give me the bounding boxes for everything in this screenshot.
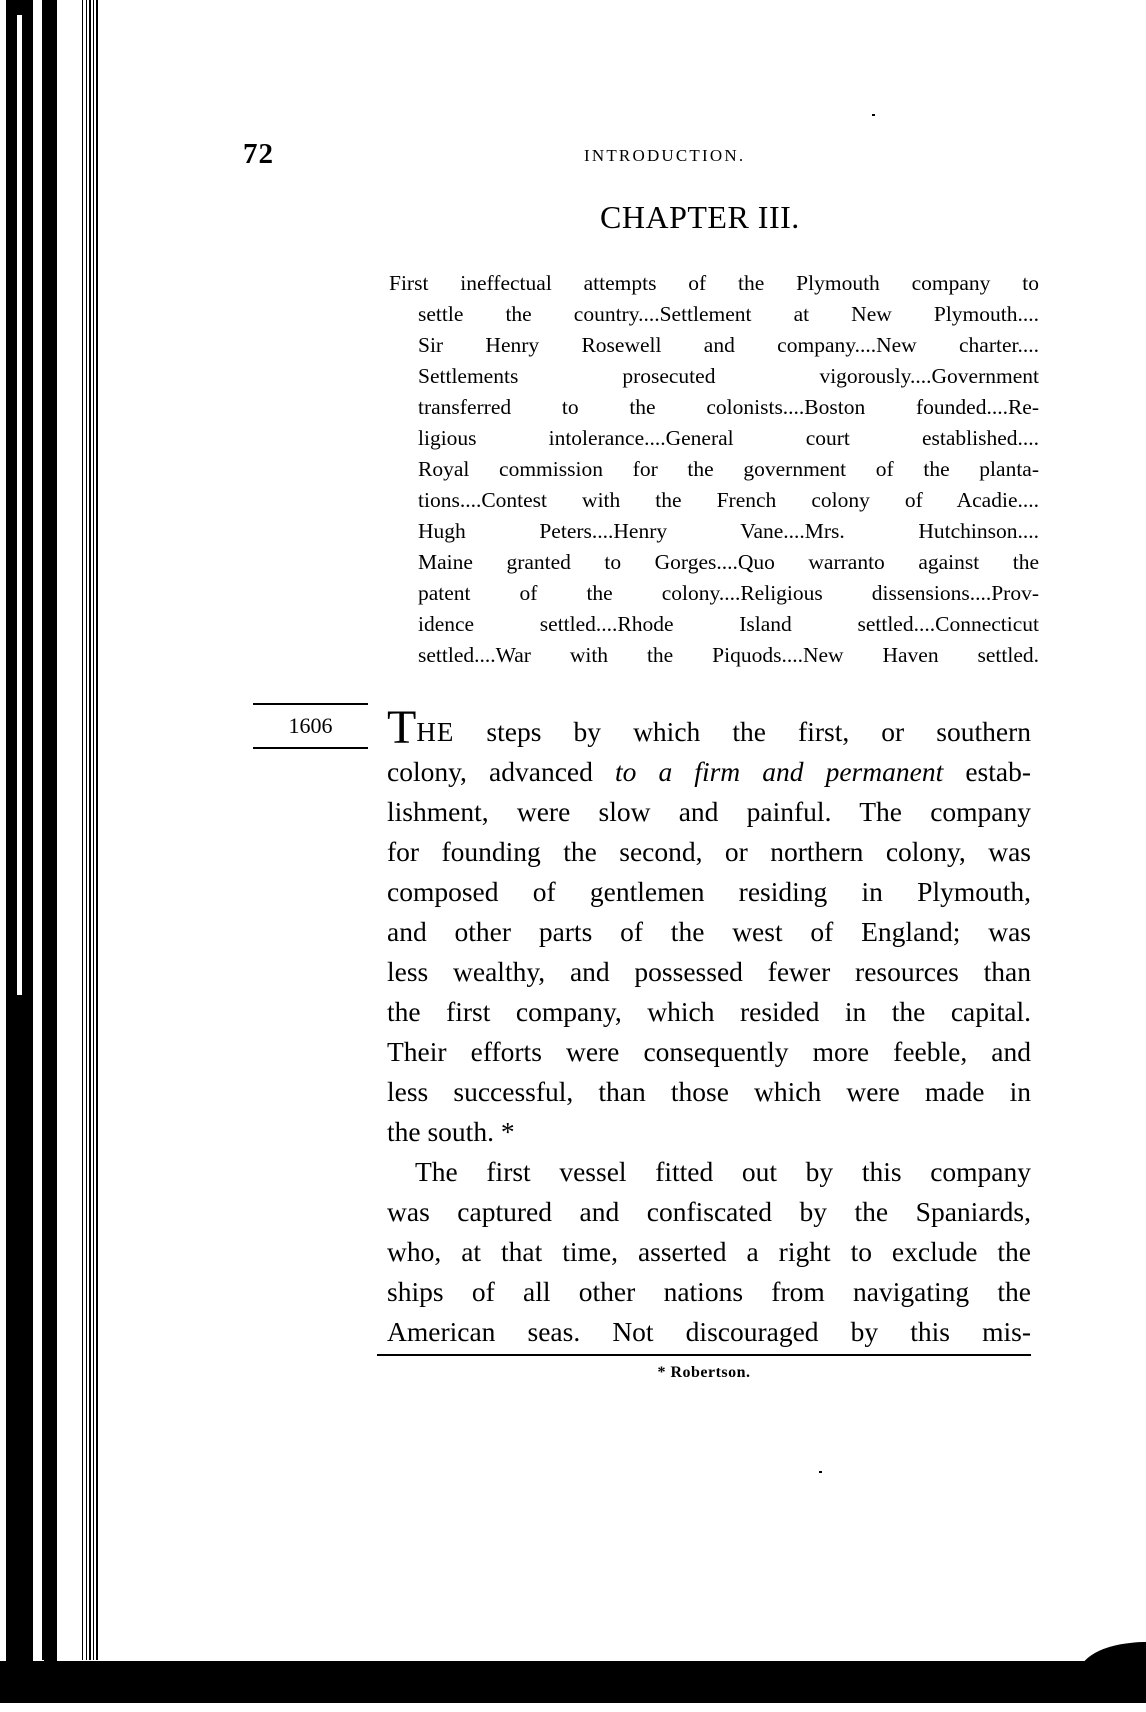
body-line: The first vessel fitted out by this comp…: [387, 1152, 1031, 1192]
binding-line: [89, 0, 91, 1660]
body-line: THE steps by which the first, or souther…: [387, 712, 1031, 752]
marginal-year-note: 1606: [253, 703, 368, 749]
summary-line: Sir Henry Rosewell and company....New ch…: [389, 330, 1039, 361]
body-line: for founding the second, or northern col…: [387, 832, 1031, 872]
summary-line: tions....Contest with the French colony …: [389, 485, 1039, 516]
body-line: ships of all other nations from navigati…: [387, 1272, 1031, 1312]
body-line: composed of gentlemen residing in Plymou…: [387, 872, 1031, 912]
body-text: THE steps by which the first, or souther…: [387, 712, 1031, 1352]
binding-line: [86, 0, 87, 1660]
chapter-summary: First ineffectual attempts of the Plymou…: [389, 268, 1039, 671]
scan-bottom-edge: [0, 1661, 1146, 1703]
chapter-title: CHAPTER III.: [600, 198, 800, 236]
body-line: less wealthy, and possessed fewer resour…: [387, 952, 1031, 992]
page-corner-curl: [1080, 1642, 1146, 1672]
body-line-text: estab-: [943, 756, 1031, 787]
summary-line: settled....War with the Piquods....New H…: [389, 640, 1039, 671]
binding-edge-shadow-inner: [44, 0, 57, 1665]
body-line: lishment, were slow and painful. The com…: [387, 792, 1031, 832]
summary-line: Royal commission for the government of t…: [389, 454, 1039, 485]
body-line: the south. *: [387, 1112, 1031, 1152]
scan-speck: [872, 114, 875, 116]
body-line-text: steps by which the first, or southern: [454, 716, 1031, 747]
body-line: Their efforts were consequently more fee…: [387, 1032, 1031, 1072]
summary-line: patent of the colony....Religious dissen…: [389, 578, 1039, 609]
summary-line: settle the country....Settlement at New …: [389, 299, 1039, 330]
body-line-italic-text: to a firm and permanent: [615, 756, 943, 787]
body-line: the first company, which resided in the …: [387, 992, 1031, 1032]
binding-line: [93, 0, 94, 1660]
body-line: and other parts of the west of England; …: [387, 912, 1031, 952]
scan-speck: [819, 1471, 822, 1473]
summary-line: Maine granted to Gorges....Quo warranto …: [389, 547, 1039, 578]
binding-line: [96, 0, 98, 1660]
summary-line: Settlements prosecuted vigorously....Gov…: [389, 361, 1039, 392]
summary-line: First ineffectual attempts of the Plymou…: [389, 268, 1039, 299]
summary-line: transferred to the colonists....Boston f…: [389, 392, 1039, 423]
body-line: was captured and confiscated by the Span…: [387, 1192, 1031, 1232]
body-line-text: colony, advanced: [387, 756, 615, 787]
summary-line: Hugh Peters....Henry Vane....Mrs. Hutchi…: [389, 516, 1039, 547]
drop-initial: T: [387, 701, 416, 754]
body-line: who, at that time, asserted a right to e…: [387, 1232, 1031, 1272]
opening-small-caps: HE: [416, 717, 454, 747]
summary-line: idence settled....Rhode Island settled..…: [389, 609, 1039, 640]
binding-line: [82, 0, 83, 1660]
body-line: American seas. Not discouraged by this m…: [387, 1312, 1031, 1352]
binding-line: [42, 0, 44, 1660]
binding-edge-highlight: [17, 15, 22, 995]
footnote-rule: [377, 1354, 1031, 1356]
summary-line: ligious intolerance....General court est…: [389, 423, 1039, 454]
running-head: INTRODUCTION.: [584, 145, 745, 167]
page-number: 72: [243, 138, 274, 170]
footnote: * Robertson.: [377, 1362, 1031, 1384]
body-line: less successful, than those which were m…: [387, 1072, 1031, 1112]
body-line: colony, advanced to a firm and permanent…: [387, 752, 1031, 792]
